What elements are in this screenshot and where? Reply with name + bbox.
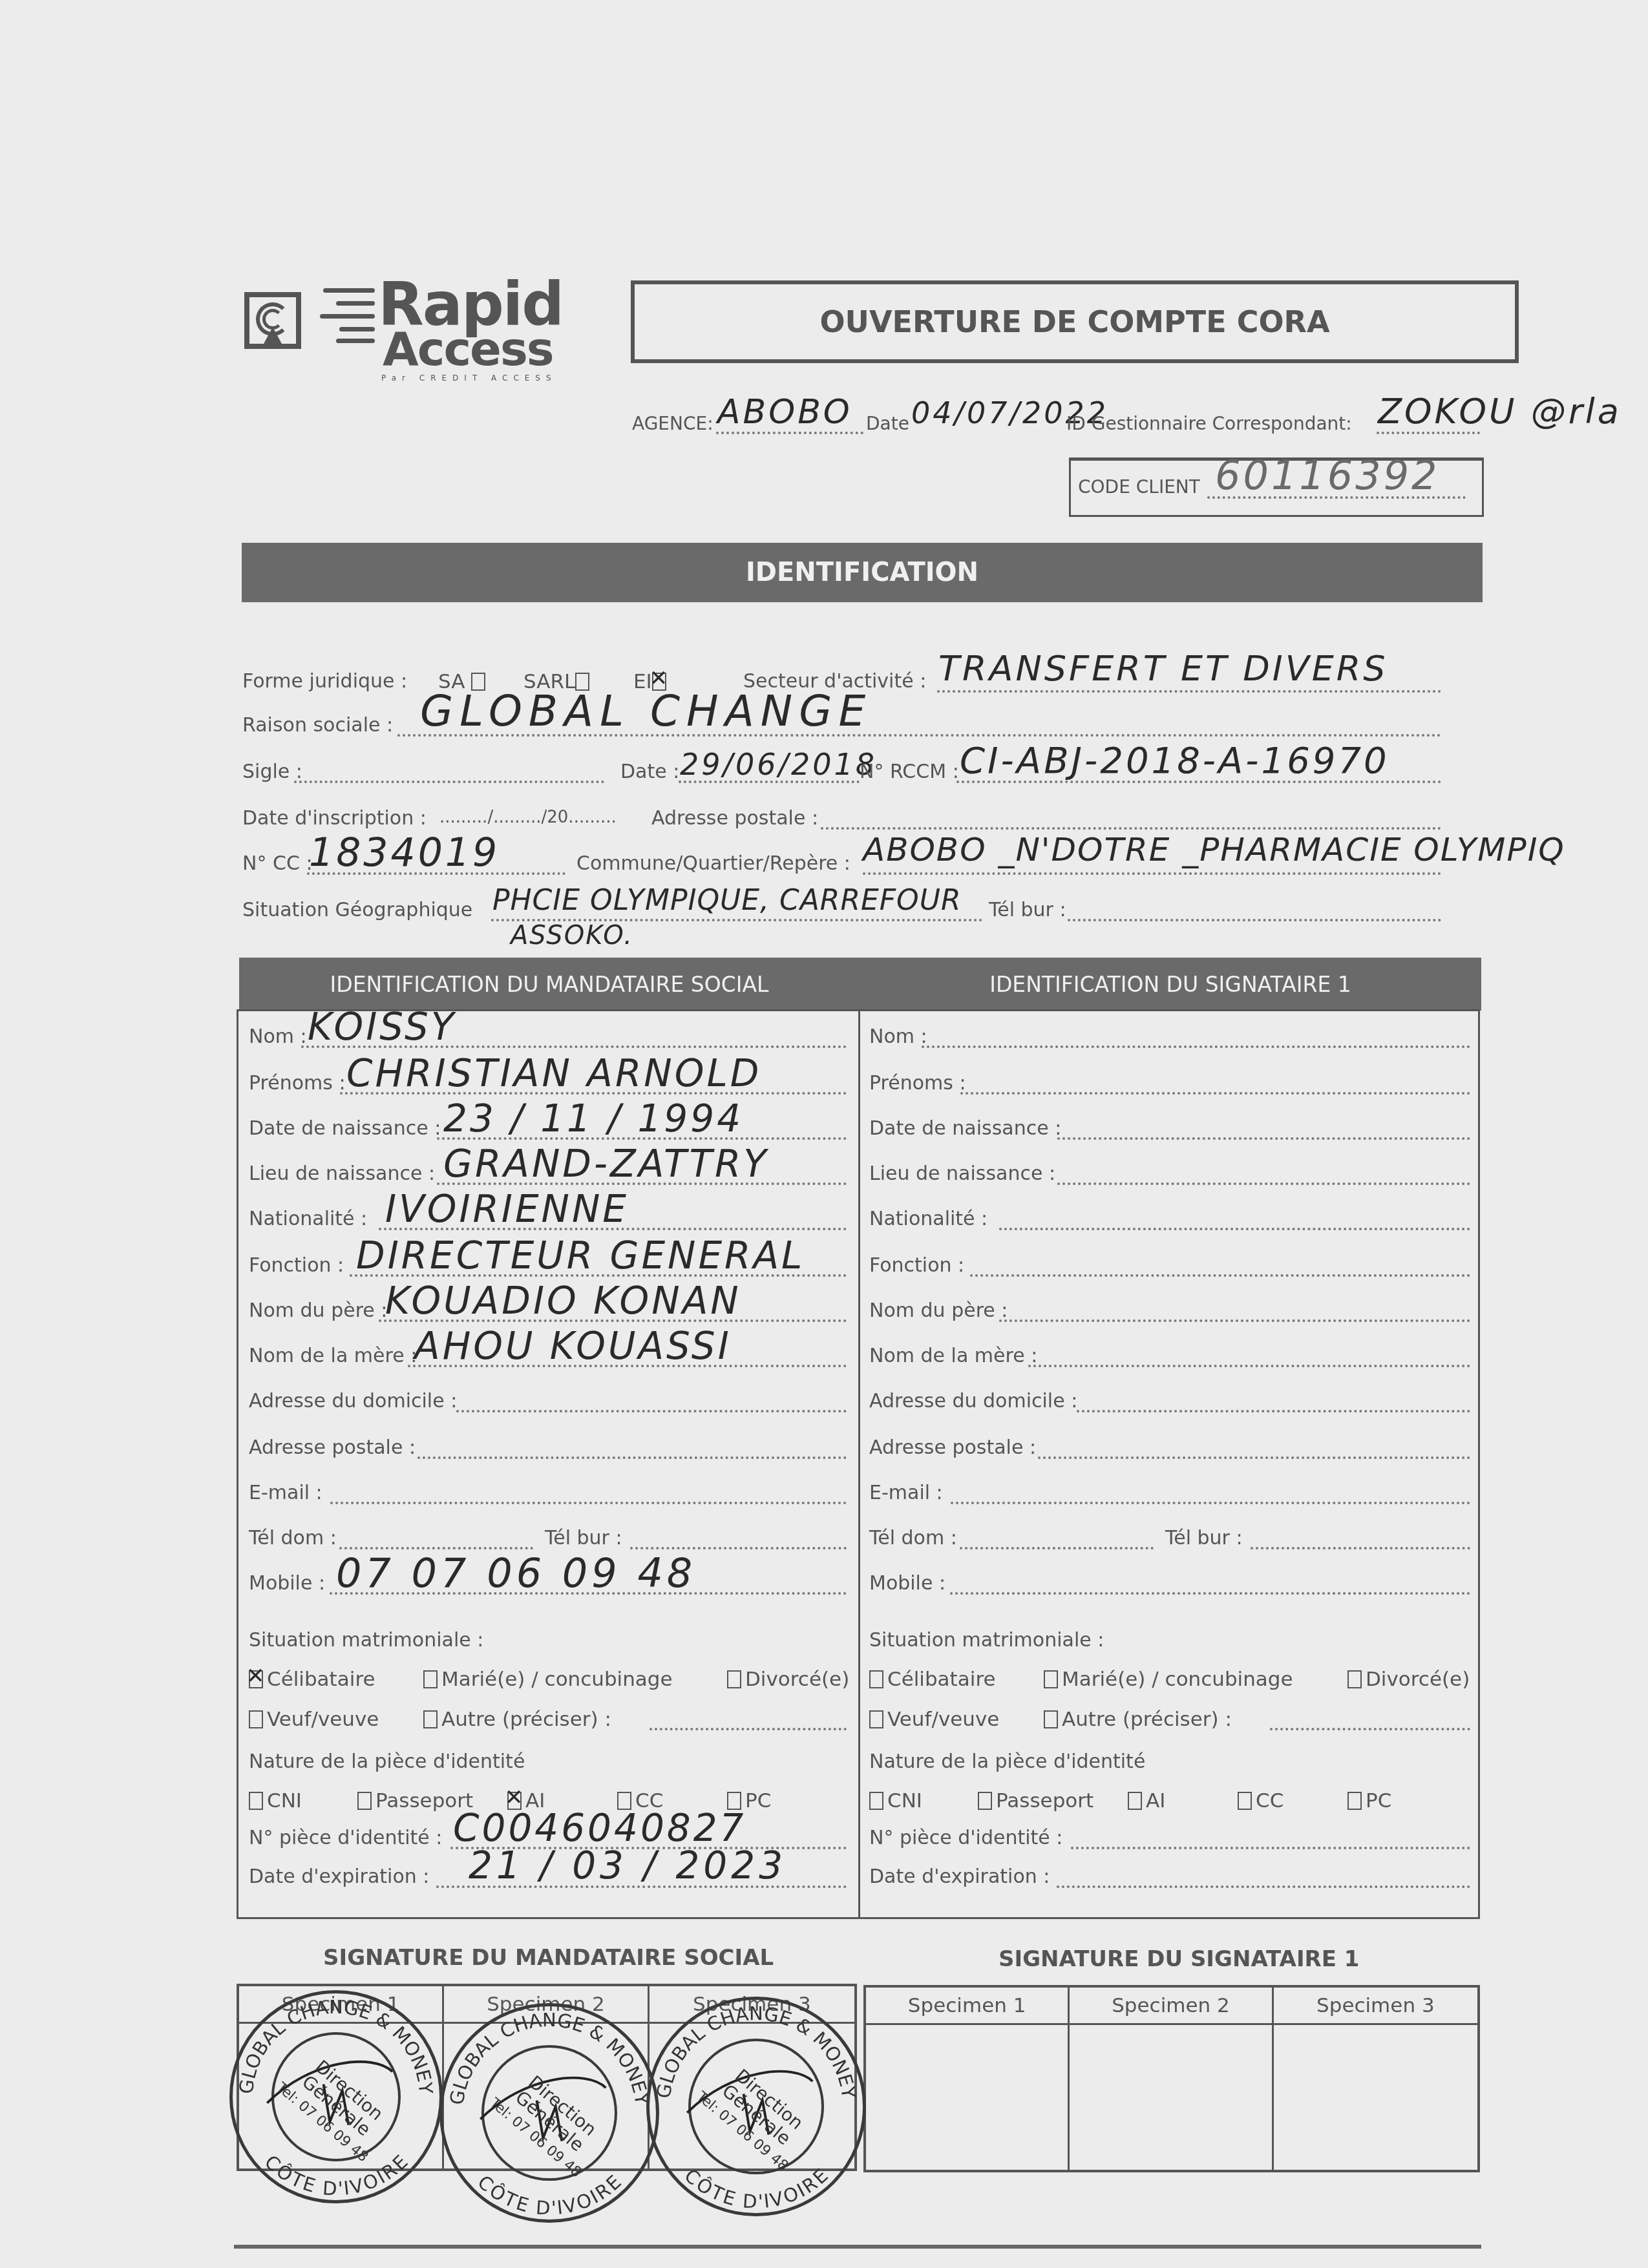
checkbox-icon [423, 1710, 438, 1728]
checkbox-icon [869, 1792, 883, 1810]
field-value: KOISSY [308, 1008, 456, 1045]
field-label: Nom du père : [249, 1301, 387, 1321]
piece-checkbox[interactable]: PC [1347, 1791, 1391, 1811]
company-stamp: GLOBAL CHANGE & MONEY CÔTE D'IVOIRE Dire… [229, 1990, 443, 2203]
adresse-postale-label: Adresse postale : [651, 809, 818, 828]
field-label: Adresse postale : [249, 1438, 416, 1458]
num-piece-label: N° pièce d'identité : [869, 1829, 1062, 1848]
field-value: CHRISTIAN ARNOLD [346, 1055, 761, 1092]
mobile-label: Mobile : [869, 1574, 945, 1593]
commune-field[interactable]: ABOBO _N'DOTRE _PHARMACIE OLYMPIQ [863, 834, 1565, 866]
form-title-box: OUVERTURE DE COMPTE CORA [631, 280, 1519, 363]
situation-geo-field[interactable]: PHCIE OLYMPIQUE, CARREFOUR [492, 887, 962, 915]
field-value: DIRECTEUR GENERAL [356, 1237, 805, 1274]
mandataire-heading: IDENTIFICATION DU MANDATAIRE SOCIAL [239, 958, 860, 1011]
checkbox-icon [1347, 1670, 1362, 1688]
tel-bur-label: Tél bur : [1165, 1529, 1243, 1548]
code-client-label: CODE CLIENT [1078, 478, 1200, 496]
code-client-field[interactable]: 60116392 [1215, 456, 1440, 496]
tel-dom-field[interactable] [960, 1547, 1154, 1549]
field-input[interactable] [1028, 1365, 1470, 1367]
identification-heading: IDENTIFICATION [242, 543, 1483, 602]
situation-checkbox[interactable]: Marié(e) / concubinage [1044, 1670, 1293, 1690]
field-input[interactable] [1057, 1182, 1470, 1185]
field-label: Fonction : [249, 1256, 344, 1276]
company-stamp: GLOBAL CHANGE & MONEY CÔTE D'IVOIRE Dire… [646, 1997, 866, 2216]
rccm-field[interactable]: CI-ABJ-2018-A-16970 [960, 743, 1389, 779]
form-title: OUVERTURE DE COMPTE CORA [819, 304, 1329, 339]
num-piece-field[interactable] [1071, 1847, 1470, 1849]
field-label: Prénoms : [869, 1074, 966, 1093]
commune-label: Commune/Quartier/Repère : [576, 854, 850, 874]
situation-checkbox[interactable]: Célibataire [249, 1670, 375, 1690]
signataire-panel [858, 1009, 1480, 1919]
tel-dom-label: Tél dom : [869, 1529, 957, 1548]
expiration-label: Date d'expiration : [869, 1867, 1050, 1887]
tel-dom-label: Tél dom : [249, 1529, 337, 1548]
field-label: Nationalité : [249, 1210, 367, 1229]
field-input[interactable] [999, 1228, 1470, 1230]
mandataire-signature-title: SIGNATURE DU MANDATAIRE SOCIAL [323, 1945, 774, 1971]
field-value: GRAND-ZATTRY [443, 1145, 769, 1182]
checkbox-icon [1347, 1792, 1362, 1810]
autre-field[interactable] [1270, 1728, 1470, 1730]
ncc-label: N° CC : [242, 854, 313, 874]
field-input[interactable] [922, 1045, 1470, 1048]
field-input[interactable] [999, 1319, 1470, 1322]
date-inscription-field[interactable]: ........./........./20......... [439, 809, 617, 826]
specimen-2-header: Specimen 2 [1070, 1988, 1273, 2025]
signataire-specimen-table: Specimen 1 Specimen 2 Specimen 3 [863, 1985, 1480, 2172]
sigle-label: Sigle : [242, 762, 302, 782]
num-piece-value: C0046040827 [453, 1809, 746, 1847]
mobile-field[interactable] [950, 1592, 1470, 1595]
field-input[interactable] [970, 1274, 1470, 1277]
date-inscription-label: Date d'inscription : [242, 809, 427, 828]
field-label: Nom : [869, 1027, 927, 1047]
mobile-value: 07 07 06 09 48 [336, 1553, 696, 1593]
checkbox-icon [1044, 1710, 1058, 1728]
tel-bur-label: Tél bur : [545, 1529, 622, 1548]
checkbox-icon [423, 1670, 438, 1688]
field-label: Nom du père : [869, 1301, 1008, 1321]
checkbox-icon [249, 1792, 263, 1810]
situation-checkbox[interactable]: Veuf/veuve [869, 1710, 999, 1730]
field-label: E-mail : [869, 1484, 943, 1503]
signataire-heading: IDENTIFICATION DU SIGNATAIRE 1 [860, 958, 1481, 1011]
field-label: E-mail : [249, 1484, 322, 1503]
agence-label: AGENCE: [632, 415, 713, 433]
situation-checkbox[interactable]: Divorcé(e) [1347, 1670, 1470, 1690]
raison-sociale-field[interactable]: GLOBAL CHANGE [420, 690, 872, 733]
field-label: Fonction : [869, 1256, 964, 1276]
situation-checkbox[interactable]: Autre (préciser) : [1044, 1710, 1232, 1730]
specimen-3-header: Specimen 3 [1274, 1988, 1477, 2025]
autre-field[interactable] [650, 1728, 847, 1730]
piece-checkbox[interactable]: Passeport [978, 1791, 1093, 1811]
expiration-value: 21 / 03 / 2023 [469, 1847, 787, 1884]
checkbox-icon [1044, 1670, 1058, 1688]
field-label: Nom de la mère : [869, 1347, 1037, 1366]
situation-label: Situation matrimoniale : [249, 1631, 483, 1650]
field-input[interactable] [1057, 1137, 1470, 1140]
company-stamp: GLOBAL CHANGE & MONEY CÔTE D'IVOIRE Dire… [439, 2003, 659, 2223]
field-label: Nationalité : [869, 1210, 988, 1229]
adresse-postale-field[interactable] [821, 827, 1441, 830]
piece-checkbox[interactable]: AI [1128, 1791, 1165, 1811]
brand-name-access: Access [383, 322, 553, 376]
situation-checkbox[interactable]: Divorcé(e) [727, 1670, 849, 1690]
field-value: AHOU KOUASSI [414, 1327, 732, 1365]
registration-date-label: Date : [620, 762, 679, 782]
situation-checkbox[interactable]: Veuf/veuve [249, 1710, 379, 1730]
mobile-label: Mobile : [249, 1574, 325, 1593]
registration-date-field[interactable]: 29/06/2018 [680, 750, 877, 779]
gestionnaire-field[interactable]: ZOKOU @rla [1378, 394, 1622, 429]
field-label: Adresse du domicile : [249, 1392, 457, 1411]
checkbox-icon [978, 1792, 992, 1810]
specimen-1-signature-area[interactable] [866, 2025, 1070, 2170]
footer-rule [234, 2245, 1481, 2249]
field-label: Nom : [249, 1027, 307, 1047]
situation-checkbox[interactable]: Autre (préciser) : [423, 1710, 611, 1730]
checkbox-icon [357, 1792, 372, 1810]
piece-checkbox[interactable]: CNI [869, 1791, 922, 1811]
situation-label: Situation matrimoniale : [869, 1631, 1104, 1650]
tel-bur-field[interactable] [1068, 919, 1441, 921]
gestionnaire-label: ID Gestionnaire Correspondant: [1066, 415, 1352, 433]
field-input[interactable] [951, 1502, 1470, 1504]
specimen-2-signature-area[interactable] [1070, 2025, 1273, 2170]
expiration-field[interactable] [1057, 1885, 1470, 1888]
speed-lines-icon [323, 288, 375, 293]
situation-geo-label: Situation Géographique [242, 901, 472, 920]
field-input[interactable] [330, 1502, 847, 1504]
checkbox-icon [869, 1710, 883, 1728]
tel-bur-field[interactable] [1251, 1547, 1470, 1549]
specimen-3-signature-area[interactable] [1274, 2025, 1477, 2170]
field-label: Lieu de naissance : [869, 1164, 1055, 1184]
field-label: Prénoms : [249, 1074, 346, 1093]
checkbox-checked-icon [249, 1670, 263, 1688]
specimen-1-header: Specimen 1 [866, 1988, 1070, 2025]
field-label: Lieu de naissance : [249, 1164, 435, 1184]
checkbox-icon [249, 1710, 263, 1728]
date-label: Date [866, 415, 909, 433]
field-input[interactable] [1077, 1410, 1470, 1412]
field-input[interactable] [456, 1410, 847, 1412]
field-input[interactable] [1038, 1456, 1470, 1459]
field-value: IVOIRIENNE [385, 1190, 629, 1228]
checkbox-icon [1128, 1792, 1142, 1810]
situation-checkbox[interactable]: Marié(e) / concubinage [423, 1670, 673, 1690]
field-input[interactable] [960, 1092, 1470, 1095]
piece-checkbox[interactable]: CC [1238, 1791, 1284, 1811]
field-label: Adresse du domicile : [869, 1392, 1077, 1411]
situation-checkbox[interactable]: Célibataire [869, 1670, 996, 1690]
field-label: Nom de la mère : [249, 1347, 417, 1366]
checkbox-icon [869, 1670, 883, 1688]
agence-field[interactable]: ABOBO [717, 395, 852, 429]
situation-geo-field-line2: ASSOKO. [511, 923, 633, 949]
field-value: KOUADIO KONAN [385, 1282, 741, 1319]
ca-logo-icon [244, 292, 301, 349]
expiration-label: Date d'expiration : [249, 1867, 429, 1887]
num-piece-label: N° pièce d'identité : [249, 1829, 442, 1848]
raison-sociale-label: Raison sociale : [242, 716, 393, 735]
checkbox-icon [727, 1670, 741, 1688]
tel-bur-label: Tél bur : [989, 901, 1066, 920]
field-input[interactable] [417, 1456, 847, 1459]
field-label: Adresse postale : [869, 1438, 1036, 1458]
brand-tagline: Par CREDIT ACCESS [381, 373, 557, 383]
forme-juridique-label: Forme juridique : [242, 672, 407, 691]
piece-label: Nature de la pièce d'identité [249, 1752, 525, 1772]
secteur-field[interactable]: TRANSFERT ET DIVERS [938, 651, 1388, 686]
piece-checkbox[interactable]: CNI [249, 1791, 302, 1811]
checkbox-icon [1238, 1792, 1252, 1810]
piece-label: Nature de la pièce d'identité [869, 1752, 1145, 1772]
signataire-signature-title: SIGNATURE DU SIGNATAIRE 1 [998, 1946, 1359, 1972]
rccm-label: N° RCCM : [860, 762, 959, 782]
sigle-field[interactable] [294, 781, 604, 783]
field-label: Date de naissance : [869, 1119, 1061, 1139]
field-label: Date de naissance : [249, 1119, 441, 1139]
ncc-field[interactable]: 1834019 [309, 834, 500, 872]
field-value: 23 / 11 / 1994 [443, 1100, 743, 1137]
